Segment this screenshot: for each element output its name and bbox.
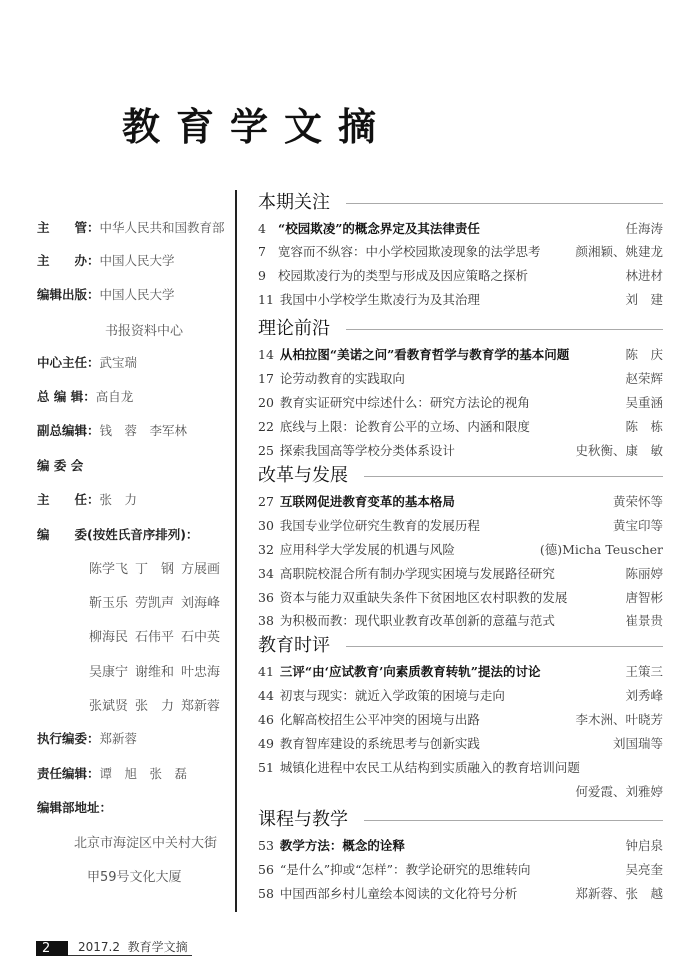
toc-item[interactable]: 14从柏拉图“美诺之问”看教育哲学与教育学的基本问题陈 庆: [258, 345, 663, 363]
masthead-deputy-editor: 副总编辑：钱 蓉 李军林: [37, 421, 187, 439]
toc-item[interactable]: 46化解高校招生公平冲突的困境与出路李木洲、叶晓芳: [258, 710, 663, 728]
masthead-address-line2: 甲59号文化大厦: [87, 866, 182, 885]
masthead-editor-in-chief: 总 编 辑：高自龙: [37, 387, 133, 405]
toc-item[interactable]: 41三评“由‘应试教育’向素质教育转轨”提法的讨论王策三: [258, 662, 663, 680]
toc-item[interactable]: 9校园欺凌行为的类型与形成及因应策略之探析林进材: [258, 266, 663, 284]
masthead-publisher-line2: 书报资料中心: [105, 320, 183, 339]
toc-item[interactable]: 58中国西部乡村儿童绘本阅读的文化符号分析郑新蓉、张 越: [258, 884, 663, 902]
toc-item[interactable]: 4“校园欺凌”的概念界定及其法律责任任海涛: [258, 219, 663, 237]
toc-item[interactable]: 7宽容而不纵容：中小学校园欺凌现象的法学思考颜湘颖、姚建龙: [258, 242, 663, 260]
toc-item[interactable]: 30我国专业学位研究生教育的发展历程黄宝印等: [258, 516, 663, 534]
section-rule: [346, 203, 663, 204]
section-rule: [364, 476, 663, 477]
masthead-supervisor: 主 管：中华人民共和国教育部: [37, 218, 225, 236]
toc-item[interactable]: 44初衷与现实：就近入学政策的困境与走向刘秀峰: [258, 686, 663, 704]
section-heading: 改革与发展: [258, 461, 663, 487]
toc-item[interactable]: 11我国中小学校学生欺凌行为及其治理刘 建: [258, 290, 663, 308]
masthead-executive-editor: 执行编委：郑新蓉: [37, 729, 137, 747]
section-heading: 本期关注: [258, 188, 663, 214]
committee-names-row: 张斌贤张 力郑新蓉: [89, 695, 227, 714]
committee-names-row: 靳玉乐劳凯声刘海峰: [89, 592, 227, 611]
section-rule: [346, 646, 663, 647]
committee-names-row: 柳海民石伟平石中英: [89, 626, 227, 645]
masthead-committee: 编 委 会: [37, 456, 83, 474]
masthead-address-label: 编辑部地址：: [37, 798, 112, 816]
footer-issue: 2017.2 教育学文摘: [68, 940, 192, 956]
toc-item[interactable]: 36资本与能力双重缺失条件下贫困地区农村职教的发展唐智彬: [258, 588, 663, 606]
toc-item[interactable]: 51城镇化进程中农民工从结构到实质融入的教育培训问题: [258, 758, 663, 776]
section-rule: [346, 329, 663, 330]
toc-item[interactable]: 27互联网促进教育变革的基本格局黄荣怀等: [258, 492, 663, 510]
masthead-center-director: 中心主任：武宝瑞: [37, 353, 137, 371]
toc-item[interactable]: 34高职院校混合所有制办学现实困境与发展路径研究陈丽婷: [258, 564, 663, 582]
toc-item[interactable]: 38为积极而教：现代职业教育改革创新的意蕴与范式崔景贵: [258, 611, 663, 629]
page-number: 2: [36, 941, 68, 956]
toc-item[interactable]: 32应用科学大学发展的机遇与风险(德)Micha Teuscher: [258, 540, 663, 558]
toc-item[interactable]: 56“是什么”抑或“怎样”：教学论研究的思维转向吴亮奎: [258, 860, 663, 878]
committee-names-row: 陈学飞丁 钢方展画: [89, 558, 227, 577]
committee-names-row: 吴康宁谢维和叶忠海: [89, 661, 227, 680]
masthead-publisher: 编辑出版：中国人民大学: [37, 285, 175, 303]
masthead-sponsor: 主 办：中国人民大学: [37, 251, 175, 269]
masthead-responsible-editor: 责任编辑：谭 旭 张 磊: [37, 764, 187, 782]
section-heading: 理论前沿: [258, 314, 663, 340]
toc-item[interactable]: 22底线与上限：论教育公平的立场、内涵和限度陈 栋: [258, 417, 663, 435]
column-divider: [235, 190, 237, 912]
toc-item[interactable]: 53教学方法：概念的诠释钟启泉: [258, 836, 663, 854]
journal-title: 教育学文摘: [122, 96, 392, 151]
masthead-committee-director: 主 任：张 力: [37, 490, 137, 508]
masthead-committee-members-label: 编 委(按姓氏音序排列)：: [37, 525, 198, 543]
toc-item[interactable]: 20教育实证研究中综述什么：研究方法论的视角吴重涵: [258, 393, 663, 411]
toc-item-author-continuation: 何爱霞、刘雅婷: [258, 782, 663, 800]
section-heading: 教育时评: [258, 631, 663, 657]
masthead-address-line1: 北京市海淀区中关村大街: [74, 832, 217, 851]
section-heading: 课程与教学: [258, 805, 663, 831]
toc-item[interactable]: 17论劳动教育的实践取向赵荣辉: [258, 369, 663, 387]
toc-item[interactable]: 25探索我国高等学校分类体系设计史秋衡、康 敏: [258, 441, 663, 459]
section-rule: [364, 820, 663, 821]
toc-item[interactable]: 49教育智库建设的系统思考与创新实践刘国瑞等: [258, 734, 663, 752]
page-footer: 2 2017.2 教育学文摘: [36, 940, 192, 956]
